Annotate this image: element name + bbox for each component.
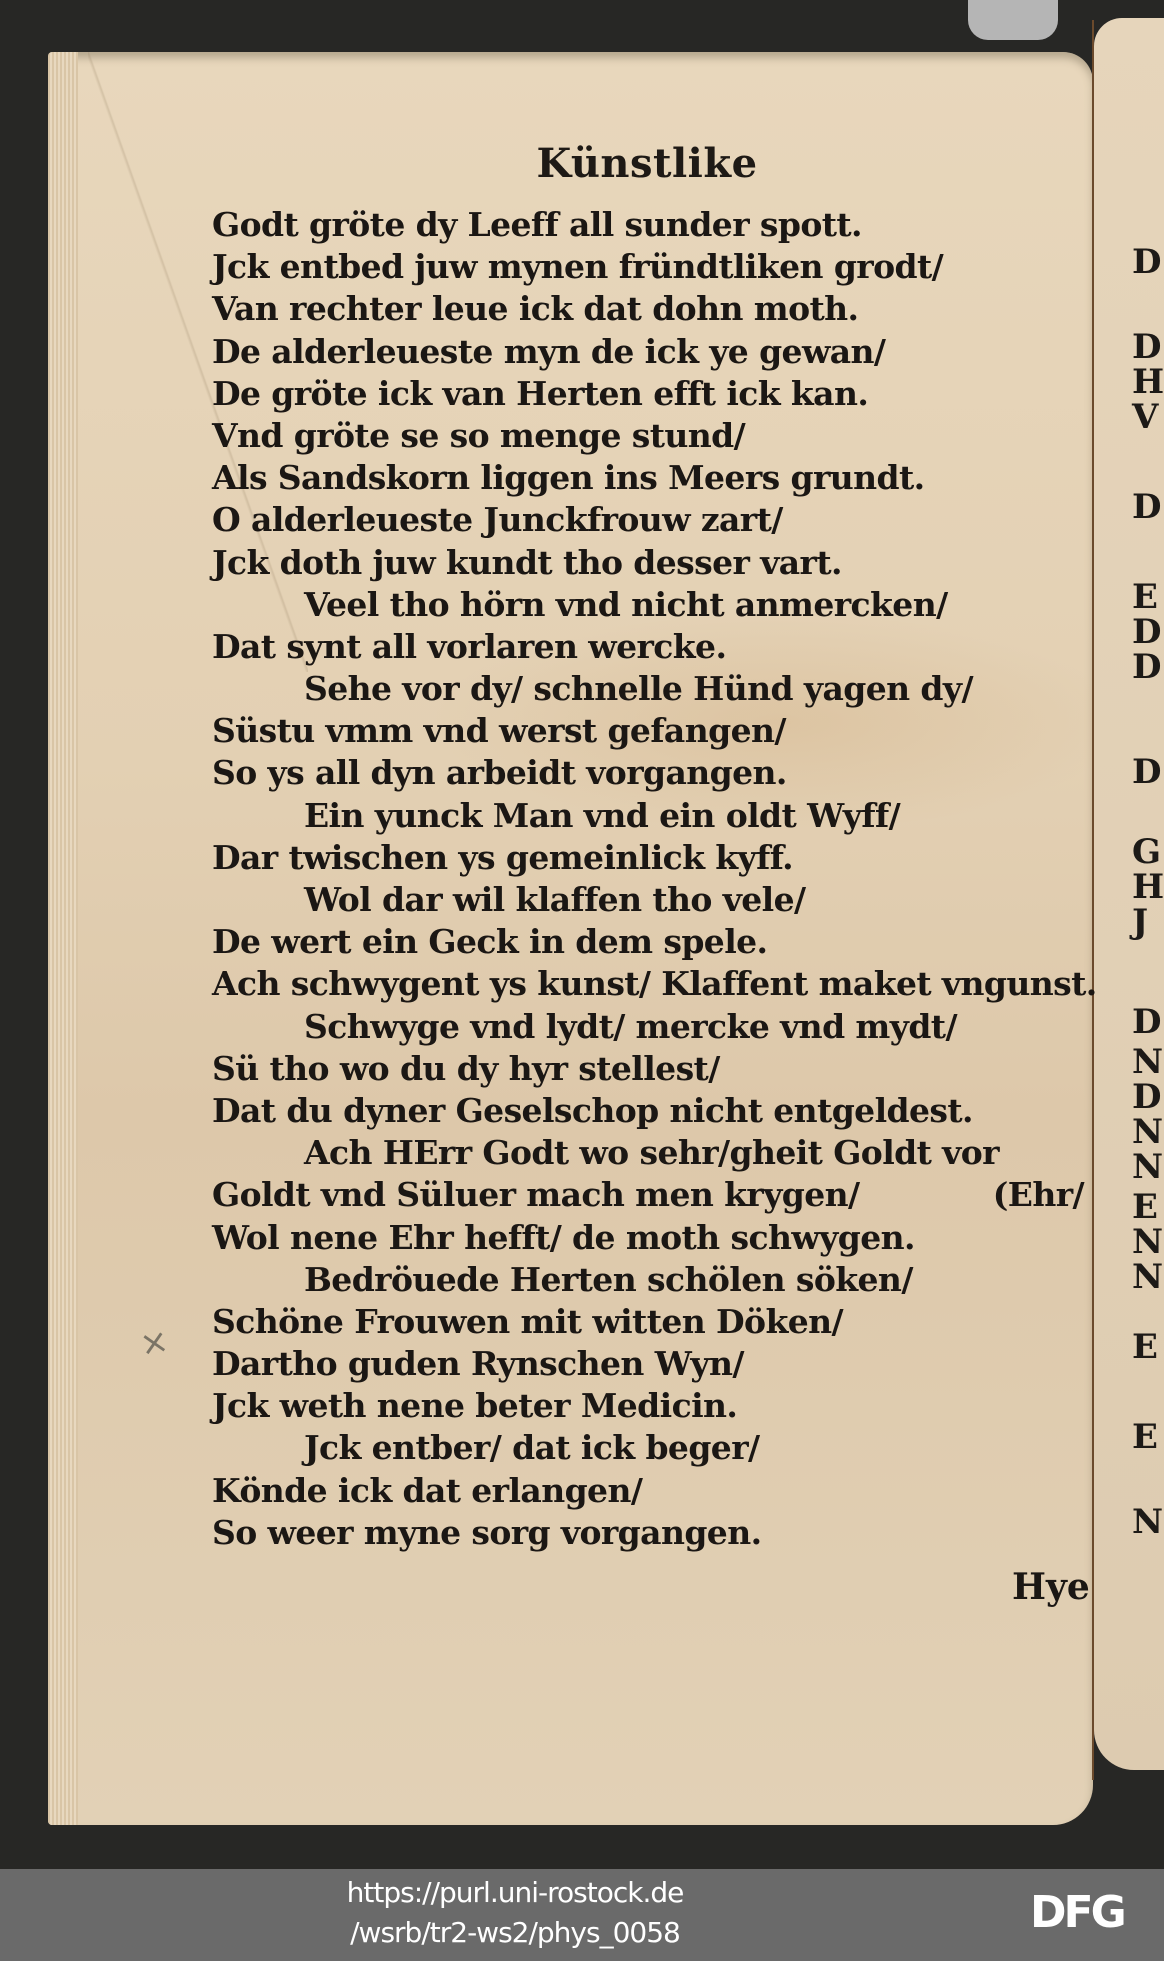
verse-line: Jck doth juw kundt tho desser vart.: [212, 542, 1092, 584]
verse-line-text: Ein yunck Man vnd ein oldt Wyff/: [304, 796, 900, 835]
page-edge-stack: [48, 52, 78, 1825]
verse-line-text: Schwyge vnd lydt/ mercke vnd mydt/: [304, 1007, 957, 1046]
verse-line-turnover: (Ehr/: [993, 1174, 1084, 1216]
verse-line-text: Dar twischen ys gemeinlick kyff.: [212, 838, 793, 877]
verse-line-text: Vnd gröte se so menge stund/: [212, 416, 745, 455]
verse-text-block: Godt gröte dy Leeff all sunder spott.Jck…: [212, 204, 1092, 1554]
verse-line: Dartho guden Rynschen Wyn/: [212, 1343, 1092, 1385]
verse-line-text: Veel tho hörn vnd nicht anmercken/: [304, 585, 948, 624]
facing-page-initial: E: [1132, 580, 1158, 614]
verse-line: Schöne Frouwen mit witten Döken/: [212, 1301, 1092, 1343]
verse-line: Jck weth nene beter Medicin.: [212, 1385, 1092, 1427]
facing-page-initial: V: [1132, 400, 1158, 434]
facing-page-initial: N: [1132, 1260, 1163, 1294]
verse-line: Ach HErr Godt wo sehr/gheit Goldt vor: [212, 1132, 1092, 1174]
verse-line-text: Als Sandskorn liggen ins Meers grundt.: [212, 458, 925, 497]
verse-line-text: Jck entber/ dat ick beger/: [304, 1428, 759, 1467]
facing-page-initial: N: [1132, 1150, 1163, 1184]
verse-line-text: Sü tho wo du dy hyr stellest/: [212, 1049, 720, 1088]
facing-page-initial: D: [1132, 490, 1161, 524]
permalink[interactable]: https://purl.uni-rostock.de /wsrb/tr2-ws…: [330, 1873, 700, 1953]
verse-line-text: Jck doth juw kundt tho desser vart.: [212, 543, 842, 582]
verse-line: Goldt vnd Süluer mach men krygen/(Ehr/: [212, 1174, 1092, 1216]
verse-line-text: So ys all dyn arbeidt vorgangen.: [212, 753, 787, 792]
verse-line: So weer myne sorg vorgangen.: [212, 1512, 1092, 1554]
verse-line: Van rechter leue ick dat dohn moth.: [212, 288, 1092, 330]
verse-line-text: Wol nene Ehr hefft/ de moth schwygen.: [212, 1218, 915, 1257]
verse-line: Jck entbed juw mynen fründtliken grodt/: [212, 246, 1092, 288]
verse-line-text: Wol dar wil klaffen tho vele/: [304, 880, 805, 919]
running-header: Künstlike: [0, 140, 1164, 187]
permalink-line-1[interactable]: https://purl.uni-rostock.de: [330, 1873, 700, 1913]
verse-line: Jck entber/ dat ick beger/: [212, 1427, 1092, 1469]
facing-page-initial: D: [1132, 330, 1161, 364]
verse-line-text: Dartho guden Rynschen Wyn/: [212, 1344, 744, 1383]
verse-line: Sehe vor dy/ schnelle Hünd yagen dy/: [212, 668, 1092, 710]
verse-line: So ys all dyn arbeidt vorgangen.: [212, 752, 1092, 794]
facing-page-initial: H: [1132, 365, 1164, 399]
verse-line: De wert ein Geck in dem spele.: [212, 921, 1092, 963]
verse-line-text: Dat du dyner Geselschop nicht entgeldest…: [212, 1091, 973, 1130]
facing-page-initial: D: [1132, 245, 1161, 279]
facing-page-initials: DDHVDEDDDGHJDNDNNENNEEN: [1132, 0, 1164, 1700]
facing-page-initial: N: [1132, 1045, 1163, 1079]
facing-page-initial: H: [1132, 870, 1164, 904]
verse-line-text: De alderleueste myn de ick ye gewan/: [212, 332, 885, 371]
verse-line: Dat du dyner Geselschop nicht entgeldest…: [212, 1090, 1092, 1132]
verse-line: Sü tho wo du dy hyr stellest/: [212, 1048, 1092, 1090]
verse-line: Schwyge vnd lydt/ mercke vnd mydt/: [212, 1006, 1092, 1048]
verse-line: Süstu vmm vnd werst gefangen/: [212, 710, 1092, 752]
dfg-logo: DFG: [1030, 1891, 1124, 1935]
verse-line-text: Godt gröte dy Leeff all sunder spott.: [212, 205, 862, 244]
verse-line: O alderleueste Junckfrouw zart/: [212, 499, 1092, 541]
verse-line: Bedröuede Herten schölen söken/: [212, 1259, 1092, 1301]
facing-page-initial: E: [1132, 1330, 1158, 1364]
verse-line-text: Sehe vor dy/ schnelle Hünd yagen dy/: [304, 669, 973, 708]
verse-line-text: Jck weth nene beter Medicin.: [212, 1386, 737, 1425]
verse-line: Als Sandskorn liggen ins Meers grundt.: [212, 457, 1092, 499]
verse-line: De alderleueste myn de ick ye gewan/: [212, 331, 1092, 373]
verse-line-text: So weer myne sorg vorgangen.: [212, 1513, 762, 1552]
verse-line: Godt gröte dy Leeff all sunder spott.: [212, 204, 1092, 246]
verse-line: Ein yunck Man vnd ein oldt Wyff/: [212, 795, 1092, 837]
verse-line: Dat synt all vorlaren wercke.: [212, 626, 1092, 668]
scanned-book-spread: DDHVDEDDDGHJDNDNNENNEEN Künstlike Godt g…: [0, 0, 1164, 1869]
facing-page-initial: E: [1132, 1190, 1158, 1224]
facing-page-initial: D: [1132, 1005, 1161, 1039]
verse-line-text: De gröte ick van Herten efft ick kan.: [212, 374, 868, 413]
verse-line: Könde ick dat erlangen/: [212, 1470, 1092, 1512]
catchword: Hye: [1012, 1566, 1090, 1608]
verse-line: Wol nene Ehr hefft/ de moth schwygen.: [212, 1217, 1092, 1259]
verse-line-text: Süstu vmm vnd werst gefangen/: [212, 711, 786, 750]
verse-line-text: Bedröuede Herten schölen söken/: [304, 1260, 913, 1299]
verse-line-text: Schöne Frouwen mit witten Döken/: [212, 1302, 843, 1341]
facing-page-initial: D: [1132, 615, 1161, 649]
verse-line: Veel tho hörn vnd nicht anmercken/: [212, 584, 1092, 626]
scan-clamp: [968, 0, 1058, 40]
verse-line-text: De wert ein Geck in dem spele.: [212, 922, 767, 961]
facing-page-initial: D: [1132, 755, 1161, 789]
facing-page-initial: G: [1132, 835, 1161, 869]
verse-line: Wol dar wil klaffen tho vele/: [212, 879, 1092, 921]
facing-page-initial: N: [1132, 1115, 1163, 1149]
verse-line: Dar twischen ys gemeinlick kyff.: [212, 837, 1092, 879]
verse-line: Ach schwygent ys kunst/ Klaffent maket v…: [212, 963, 1092, 1005]
facing-page-initial: J: [1132, 905, 1148, 939]
verse-line-text: Ach HErr Godt wo sehr/gheit Goldt vor: [304, 1133, 999, 1172]
verse-line-text: Goldt vnd Süluer mach men krygen/: [212, 1175, 860, 1214]
verse-line-text: O alderleueste Junckfrouw zart/: [212, 500, 783, 539]
verse-line: Vnd gröte se so menge stund/: [212, 415, 1092, 457]
facing-page-initial: N: [1132, 1225, 1163, 1259]
verse-line-text: Van rechter leue ick dat dohn moth.: [212, 289, 858, 328]
facing-page-initial: D: [1132, 1080, 1161, 1114]
verse-line-text: Dat synt all vorlaren wercke.: [212, 627, 726, 666]
facing-page-initial: D: [1132, 650, 1161, 684]
verse-line-text: Ach schwygent ys kunst/ Klaffent maket v…: [212, 964, 1097, 1003]
verse-line: De gröte ick van Herten efft ick kan.: [212, 373, 1092, 415]
permalink-line-2[interactable]: /wsrb/tr2-ws2/phys_0058: [330, 1913, 700, 1953]
verse-line-text: Jck entbed juw mynen fründtliken grodt/: [212, 247, 943, 286]
gutter-line: [1092, 20, 1094, 1780]
footer-bar: https://purl.uni-rostock.de /wsrb/tr2-ws…: [0, 1869, 1164, 1961]
facing-page-initial: N: [1132, 1505, 1163, 1539]
facing-page-initial: E: [1132, 1420, 1158, 1454]
verse-line-text: Könde ick dat erlangen/: [212, 1471, 642, 1510]
